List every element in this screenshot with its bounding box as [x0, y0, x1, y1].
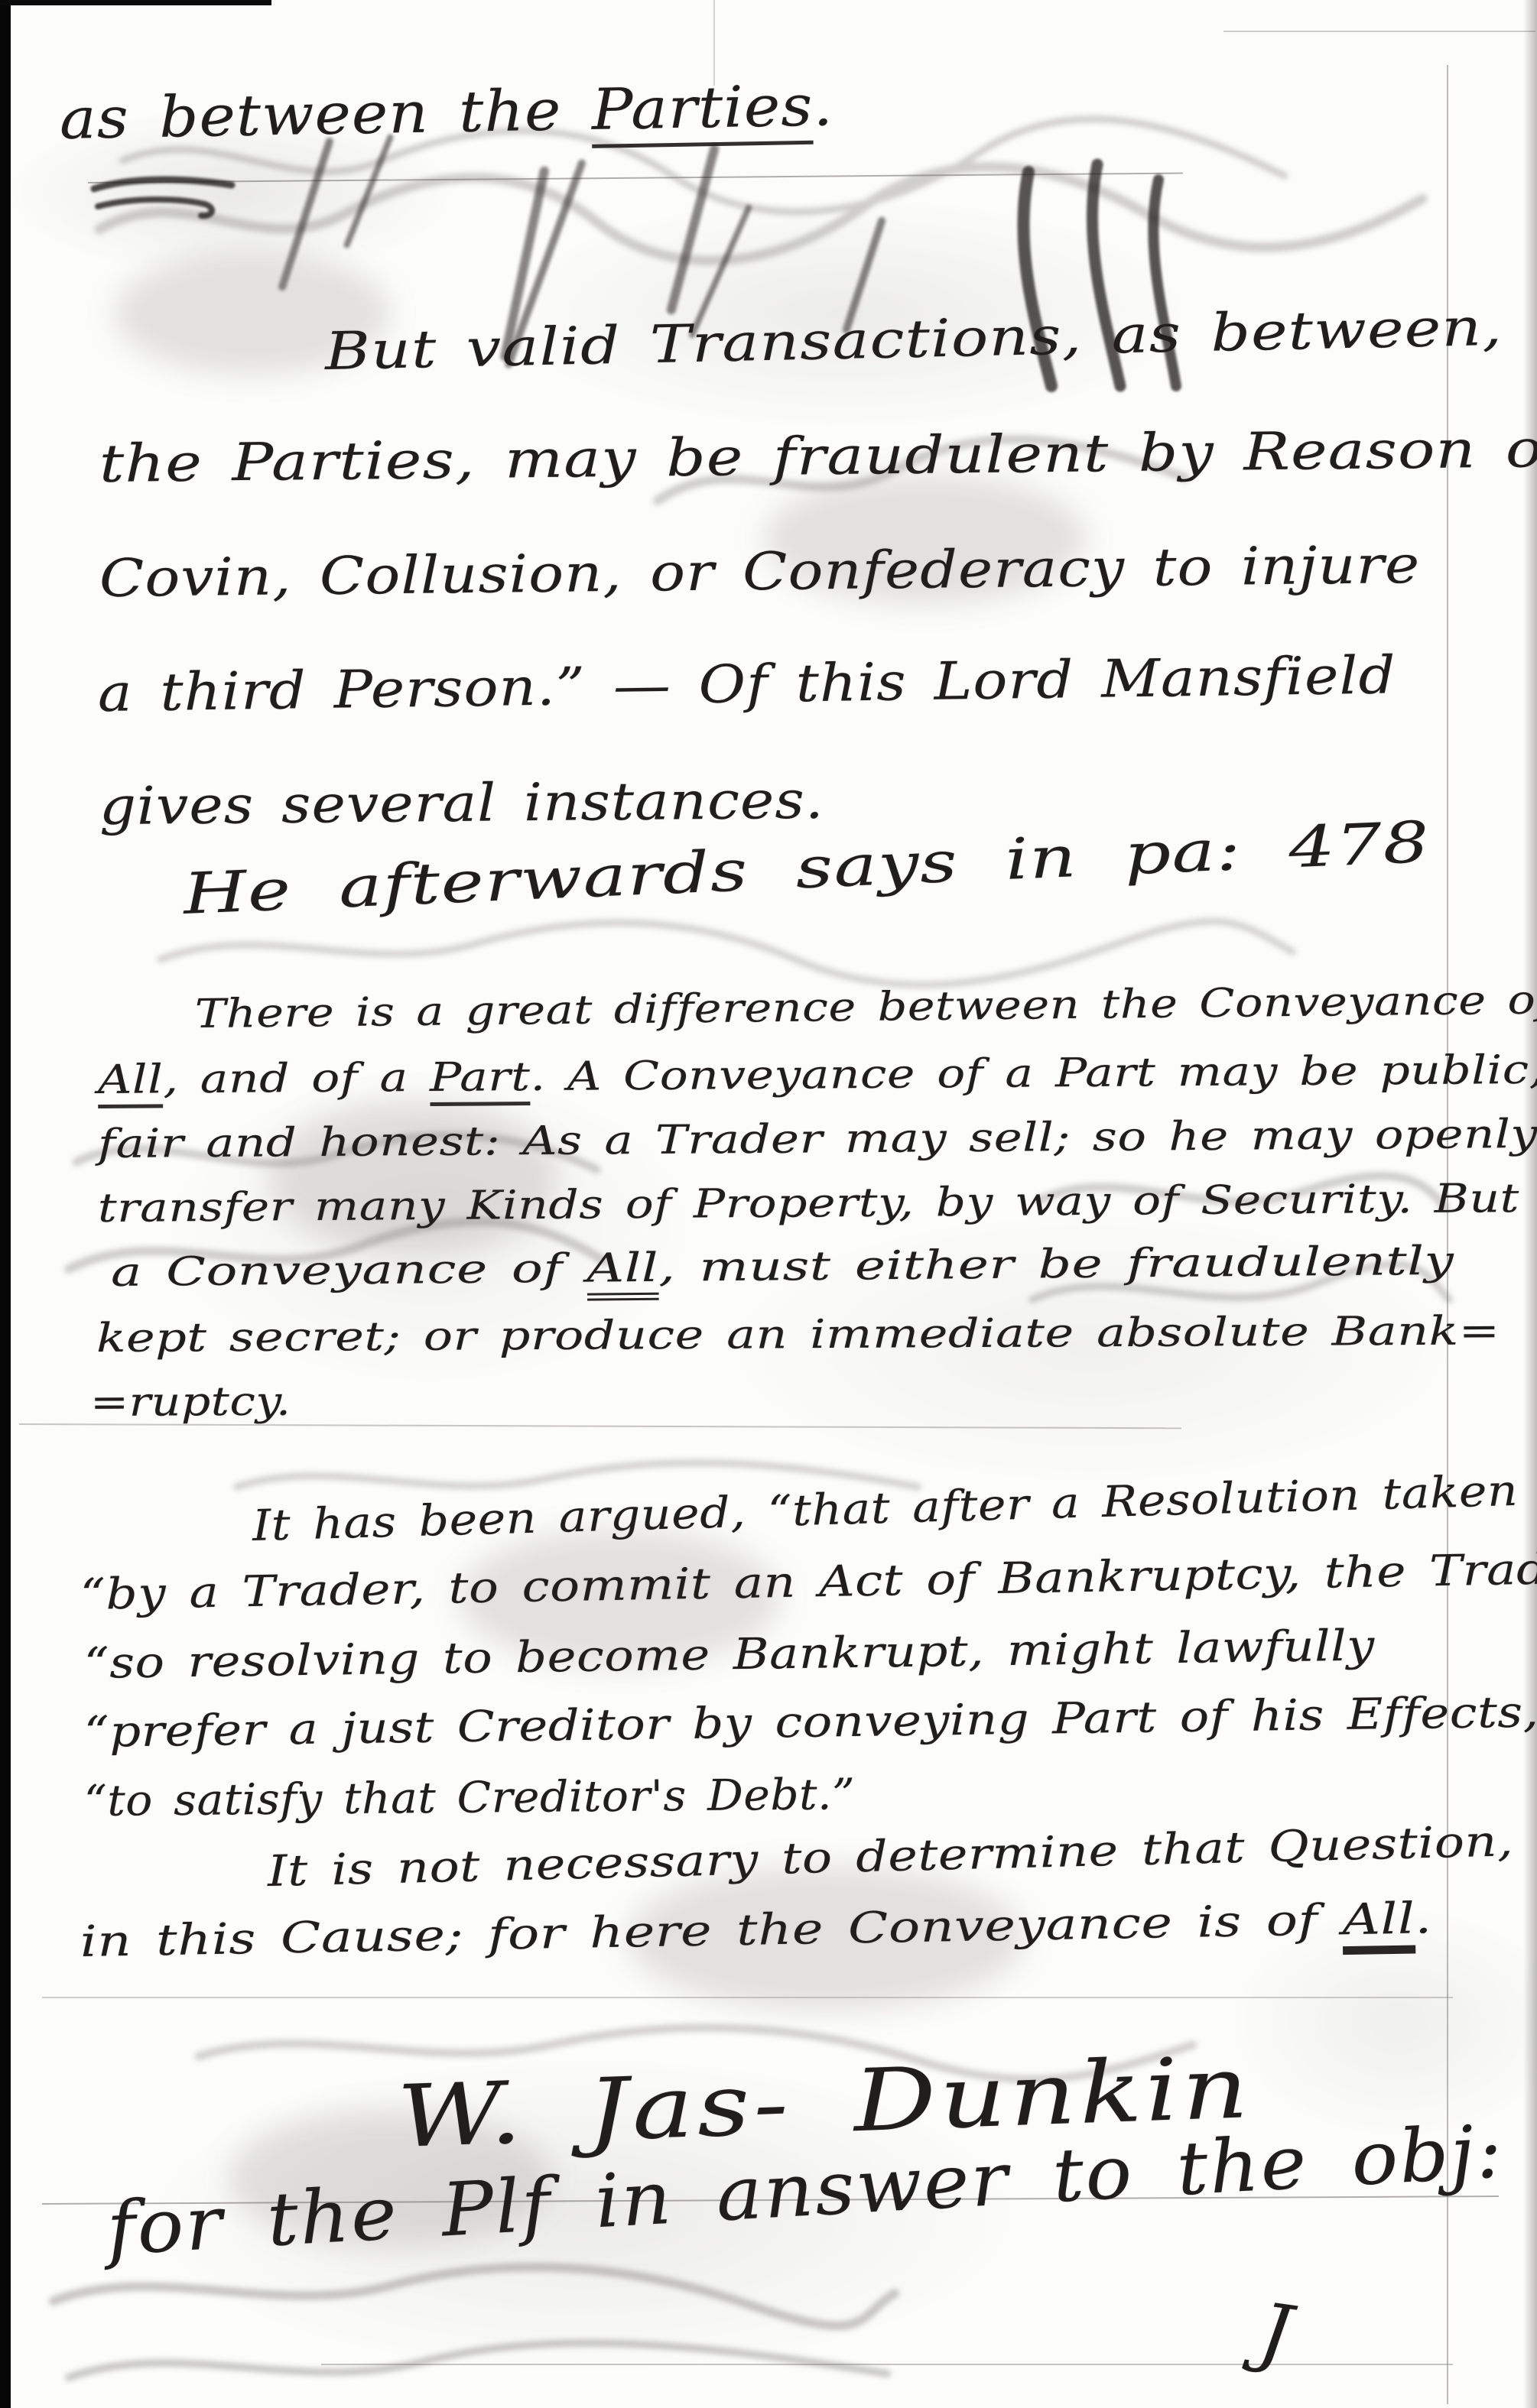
- manuscript-line: fair and honest: As a Trader may sell; s…: [98, 1114, 1537, 1166]
- manuscript-page: as between the Parties. But valid Transa…: [0, 0, 1537, 2408]
- quote-text: . A Conveyance of a Part may be public,: [530, 1047, 1537, 1100]
- quote-text: , and of a: [163, 1055, 430, 1102]
- manuscript-line: a third Person.” — Of this Lord Mansfiel…: [98, 648, 1396, 721]
- manuscript-line: the Parties, may be fraudulent by Reason…: [99, 422, 1537, 492]
- manuscript-line: All, and of a Part. A Conveyance of a Pa…: [98, 1050, 1537, 1102]
- scan-left-edge: [0, 0, 11, 2408]
- pen-flourish: [90, 170, 236, 223]
- opening-post: .: [813, 73, 834, 138]
- manuscript-line: =ruptcy.: [90, 1381, 291, 1424]
- pencil-line: [1223, 31, 1535, 32]
- manuscript-line: But valid Transactions, as between,: [324, 300, 1503, 380]
- manuscript-line: “to satisfy that Creditor's Debt.”: [84, 1773, 856, 1825]
- pencil-line: [713, 0, 715, 86]
- manuscript-line: Covin, Collusion, or Confederacy to inju…: [99, 538, 1421, 606]
- conclusion-text: .: [1415, 1894, 1432, 1943]
- underlined-word: All: [98, 1056, 164, 1108]
- quote-text: , must either be fraudulently: [658, 1238, 1454, 1291]
- scan-top-edge: [0, 0, 271, 5]
- underlined-word: Parties: [591, 73, 814, 148]
- scan-right-edge-shadow: [1523, 0, 1537, 2408]
- manuscript-line: in this Cause; for here the Conveyance i…: [80, 1897, 1432, 1965]
- signature-flourish: J: [1255, 2291, 1296, 2375]
- underlined-word: Part: [430, 1054, 531, 1106]
- manuscript-line: gives several instances.: [99, 774, 824, 835]
- manuscript-line: kept secret; or produce an immediate abs…: [96, 1310, 1500, 1359]
- manuscript-line: “so resolving to become Bankrupt, might …: [84, 1624, 1376, 1686]
- manuscript-line: “prefer a just Creditor by conveying Par…: [84, 1690, 1537, 1755]
- manuscript-line: “by a Trader, to commit an Act of Bankru…: [80, 1546, 1537, 1618]
- underlined-word: All: [1342, 1894, 1415, 1955]
- underlined-word: All: [587, 1245, 659, 1301]
- opening-pre: as between the: [59, 77, 592, 152]
- manuscript-line: transfer many Kinds of Property, by way …: [98, 1178, 1519, 1230]
- quote-text: a Conveyance of: [111, 1246, 587, 1296]
- manuscript-line: as between the Parties.: [59, 76, 833, 149]
